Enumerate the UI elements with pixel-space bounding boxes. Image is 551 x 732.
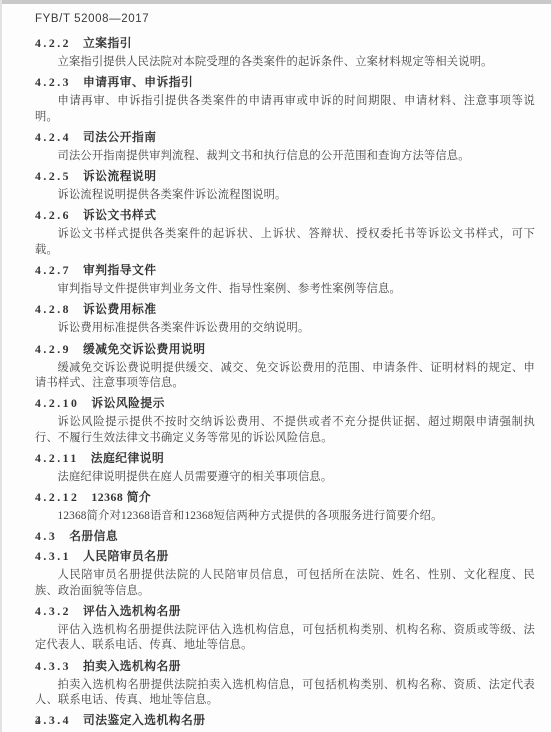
- section-heading: 4.2.2立案指引: [35, 36, 535, 51]
- section: 4.2.7审判指导文件 审判指导文件提供审判业务文件、指导性案例、参考性案例等信…: [35, 263, 535, 297]
- section-heading: 4.2.5诉讼流程说明: [35, 169, 535, 184]
- section-heading: 4.3名册信息: [35, 529, 535, 544]
- section-number: 4.2.12: [35, 491, 79, 504]
- page-number: 2: [35, 715, 41, 727]
- section-body: 立案指引提供人民法院对本院受理的各类案件的起诉条件、立案材料规定等相关说明。: [35, 55, 535, 70]
- section-number: 4.2.11: [35, 452, 79, 465]
- section-body: 拍卖入选机构名册提供法院拍卖入选机构信息，可包括机构类别、机构名称、资质、法定代…: [35, 678, 535, 709]
- section: 4.3.2评估入选机构名册 评估入选机构名册提供法院评估入选机构信息，可包括机构…: [35, 604, 535, 654]
- section-heading: 4.2.6诉讼文书样式: [35, 208, 535, 223]
- section-number: 4.2.3: [35, 76, 71, 89]
- section: 4.2.9缓减免交诉讼费用说明 缓减免交诉讼费说明提供缓交、减交、免交诉讼费用的…: [35, 342, 535, 392]
- section-heading: 4.3.3拍卖入选机构名册: [35, 659, 535, 674]
- page-content: FYB/T 52008—2017 4.2.2立案指引 立案指引提供人民法院对本院…: [0, 0, 551, 728]
- section-heading: 4.2.7审判指导文件: [35, 263, 535, 278]
- section-heading: 4.2.3申请再审、申诉指引: [35, 75, 535, 90]
- section-title: 拍卖入选机构名册: [83, 660, 181, 673]
- section-number: 4.2.5: [35, 170, 71, 183]
- section-number: 4.2.4: [35, 131, 71, 144]
- section: 4.2.5诉讼流程说明 诉讼流程说明提供各类案件诉讼流程图说明。: [35, 169, 535, 203]
- section: 4.2.2立案指引 立案指引提供人民法院对本院受理的各类案件的起诉条件、立案材料…: [35, 36, 535, 70]
- section-title: 诉讼流程说明: [83, 170, 157, 183]
- section-number: 4.3.2: [35, 605, 71, 618]
- section-body: 审判指导文件提供审判业务文件、指导性案例、参考性案例等信息。: [35, 282, 535, 297]
- section: 4.2.1212368 简介 12368简介对12368语音和12368短信两种…: [35, 490, 535, 524]
- section-number: 4.3.3: [35, 660, 71, 673]
- section: 4.2.4司法公开指南 司法公开指南提供审判流程、裁判文书和执行信息的公开范围和…: [35, 130, 535, 164]
- section-heading: 4.2.9缓减免交诉讼费用说明: [35, 342, 535, 357]
- section: 4.2.6诉讼文书样式 诉讼文书样式提供各类案件的起诉状、上诉状、答辩状、授权委…: [35, 208, 535, 258]
- section-number: 4.2.10: [35, 397, 79, 410]
- section-title: 诉讼文书样式: [83, 209, 157, 222]
- section-body: 诉讼费用标准提供各类案件诉讼费用的交纳说明。: [35, 321, 535, 336]
- section: 4.2.11法庭纪律说明 法庭纪律说明提供在庭人员需要遵守的相关事项信息。: [35, 451, 535, 485]
- section-heading: 4.3.1人民陪审员名册: [35, 549, 535, 564]
- section-title: 诉讼费用标准: [83, 303, 157, 316]
- section-number: 4.3: [35, 530, 57, 543]
- section-heading: 4.2.8诉讼费用标准: [35, 302, 535, 317]
- section-body: 人民陪审员名册提供法院的人民陪审员信息，可包括所在法院、姓名、性别、文化程度、民…: [35, 568, 535, 599]
- section-heading: 4.2.4司法公开指南: [35, 130, 535, 145]
- section-title: 申请再审、申诉指引: [83, 76, 193, 89]
- section: 4.2.10诉讼风险提示 诉讼风险提示提供不按时交纳诉讼费用、不提供或者不充分提…: [35, 396, 535, 446]
- section-number: 4.2.8: [35, 303, 71, 316]
- section-number: 4.2.7: [35, 264, 71, 277]
- section-body: 缓减免交诉讼费说明提供缓交、减交、免交诉讼费用的范围、申请条件、证明材料的规定、…: [35, 361, 535, 392]
- section-heading: 4.2.11法庭纪律说明: [35, 451, 535, 466]
- section: 4.3名册信息: [35, 529, 535, 544]
- section-number: 4.3.1: [35, 550, 71, 563]
- section-body: 诉讼文书样式提供各类案件的起诉状、上诉状、答辩状、授权委托书等诉讼文书样式，可下…: [35, 227, 535, 258]
- document-page: FYB/T 52008—2017 4.2.2立案指引 立案指引提供人民法院对本院…: [0, 0, 551, 732]
- section-title: 立案指引: [83, 37, 132, 50]
- section-body: 申请再审、申诉指引提供各类案件的申请再审或申诉的时间期限、申请材料、注意事项等说…: [35, 94, 535, 125]
- section-title: 名册信息: [69, 530, 118, 543]
- section: 4.2.3申请再审、申诉指引 申请再审、申诉指引提供各类案件的申请再审或申诉的时…: [35, 75, 535, 125]
- section: 4.2.8诉讼费用标准 诉讼费用标准提供各类案件诉讼费用的交纳说明。: [35, 302, 535, 336]
- section-number: 4.2.9: [35, 343, 71, 356]
- section-body: 评估入选机构名册提供法院评估入选机构信息，可包括机构类别、机构名称、资质或等级、…: [35, 623, 535, 654]
- section-title: 司法鉴定入选机构名册: [83, 714, 206, 727]
- section-title: 司法公开指南: [83, 131, 157, 144]
- section-title: 诉讼风险提示: [91, 397, 165, 410]
- section-title: 人民陪审员名册: [83, 550, 169, 563]
- section: 4.3.4司法鉴定入选机构名册: [35, 713, 535, 728]
- standard-code-header: FYB/T 52008—2017: [35, 12, 535, 26]
- section: 4.3.1人民陪审员名册 人民陪审员名册提供法院的人民陪审员信息，可包括所在法院…: [35, 549, 535, 599]
- section-body: 12368简介对12368语音和12368短信两种方式提供的各项服务进行简要介绍…: [35, 509, 535, 524]
- section-title: 评估入选机构名册: [83, 605, 181, 618]
- section-body: 司法公开指南提供审判流程、裁判文书和执行信息的公开范围和查询方法等信息。: [35, 149, 535, 164]
- section-body: 诉讼流程说明提供各类案件诉讼流程图说明。: [35, 188, 535, 203]
- section-title: 缓减免交诉讼费用说明: [83, 343, 206, 356]
- section-heading: 4.2.10诉讼风险提示: [35, 396, 535, 411]
- section-number: 4.2.2: [35, 37, 71, 50]
- section-body: 诉讼风险提示提供不按时交纳诉讼费用、不提供或者不充分提供证据、超过期限申请强制执…: [35, 415, 535, 446]
- section-heading: 4.3.2评估入选机构名册: [35, 604, 535, 619]
- section-title: 审判指导文件: [83, 264, 157, 277]
- section-heading: 4.2.1212368 简介: [35, 490, 535, 505]
- section-body: 法庭纪律说明提供在庭人员需要遵守的相关事项信息。: [35, 470, 535, 485]
- section-heading: 4.3.4司法鉴定入选机构名册: [35, 713, 535, 728]
- section-title: 12368 简介: [91, 491, 151, 504]
- section-number: 4.2.6: [35, 209, 71, 222]
- section-title: 法庭纪律说明: [91, 452, 165, 465]
- sections-container: 4.2.2立案指引 立案指引提供人民法院对本院受理的各类案件的起诉条件、立案材料…: [35, 36, 535, 728]
- section: 4.3.3拍卖入选机构名册 拍卖入选机构名册提供法院拍卖入选机构信息，可包括机构…: [35, 659, 535, 709]
